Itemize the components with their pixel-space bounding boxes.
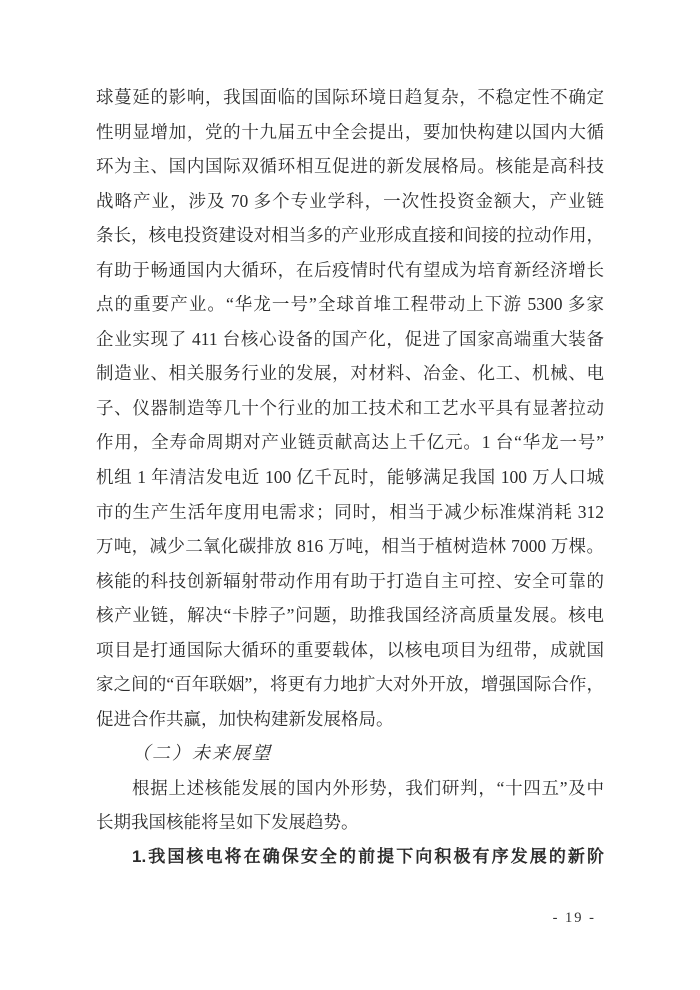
text-line: 机组 1 年清洁发电近 100 亿千瓦时，能够满足我国 100 万人口城 bbox=[96, 460, 604, 495]
text-line: 核产业链，解决“卡脖子”问题，助推我国经济高质量发展。核电 bbox=[96, 598, 604, 633]
text-line: 有助于畅通国内大循环，在后疫情时代有望成为培育新经济增长 bbox=[96, 253, 604, 288]
text-line: 市的生产生活年度用电需求；同时，相当于减少标准煤消耗 312 bbox=[96, 495, 604, 530]
text-line: 制造业、相关服务行业的发展，对材料、冶金、化工、机械、电 bbox=[96, 356, 604, 391]
text-line: 促进合作共赢，加快构建新发展格局。 bbox=[96, 702, 604, 737]
text-line: 根据上述核能发展的国内外形势，我们研判，“十四五”及中 bbox=[96, 771, 604, 806]
text-line: 条长，核电投资建设对相当多的产业形成直接和间接的拉动作用， bbox=[96, 218, 604, 253]
text-line: 家之间的“百年联姻”，将更有力地扩大对外开放，增强国际合作， bbox=[96, 667, 604, 702]
text-line: 万吨，减少二氧化碳排放 816 万吨，相当于植树造林 7000 万棵。 bbox=[96, 529, 604, 564]
text-line: 子、仪器制造等几十个行业的加工技术和工艺水平具有显著拉动 bbox=[96, 391, 604, 426]
text-line: 球蔓延的影响，我国面临的国际环境日趋复杂，不稳定性不确定 bbox=[96, 80, 604, 115]
text-line: 战略产业，涉及 70 多个专业学科，一次性投资金额大，产业链 bbox=[96, 184, 604, 219]
text-block: 球蔓延的影响，我国面临的国际环境日趋复杂，不稳定性不确定性明显增加，党的十九届五… bbox=[96, 80, 604, 875]
text-line: 点的重要产业。“华龙一号”全球首堆工程带动上下游 5300 多家 bbox=[96, 287, 604, 322]
page-number: - 19 - bbox=[553, 908, 596, 928]
text-line: 作用，全寿命周期对产业链贡献高达上千亿元。1 台“华龙一号” bbox=[96, 425, 604, 460]
text-line: 1.我国核电将在确保安全的前提下向积极有序发展的新阶 bbox=[96, 840, 604, 875]
text-line: 长期我国核能将呈如下发展趋势。 bbox=[96, 805, 604, 840]
text-line: 环为主、国内国际双循环相互促进的新发展格局。核能是高科技 bbox=[96, 149, 604, 184]
text-line: 性明显增加，党的十九届五中全会提出，要加快构建以国内大循 bbox=[96, 115, 604, 150]
text-line: 核能的科技创新辐射带动作用有助于打造自主可控、安全可靠的 bbox=[96, 564, 604, 599]
document-page: 球蔓延的影响，我国面临的国际环境日趋复杂，不稳定性不确定性明显增加，党的十九届五… bbox=[0, 0, 700, 990]
section-heading: （二）未来展望 bbox=[96, 736, 604, 771]
text-line: 项目是打通国际大循环的重要载体，以核电项目为纽带，成就国 bbox=[96, 633, 604, 668]
text-line: 企业实现了 411 台核心设备的国产化，促进了国家高端重大装备 bbox=[96, 322, 604, 357]
